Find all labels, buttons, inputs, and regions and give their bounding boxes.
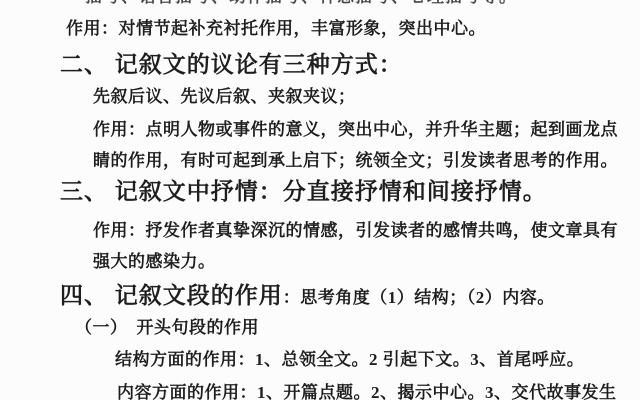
clipped-top-line: 描写、语言描写、动作描写、神态描写、心理描写等。 <box>85 0 505 7</box>
clipped-top-line-text: 描写、语言描写、动作描写、神态描写、心理描写等。 <box>85 0 505 6</box>
section3-heading: 三、 记叙文中抒情：分直接抒情和间接抒情。 <box>60 179 547 205</box>
section2-modes-line: 先叙后议、先议后叙、夹叙夹议； <box>93 87 356 107</box>
section4-sub-heading: （一） 开头句段的作用 <box>75 318 259 338</box>
section2-heading: 二、 记叙文的议论有三种方式： <box>60 52 403 78</box>
section4-heading-large: 四、 记叙文段的作用 <box>60 283 283 308</box>
section2-usage-line-1: 作用：点明人物或事件的意义，突出中心，并升华主题；起到画龙点 <box>93 120 618 140</box>
section4-structure-line: 结构方面的作用：1、总领全文。2 引起下文。3、首尾呼应。 <box>115 350 584 370</box>
section3-usage-line-2: 强大的感染力。 <box>93 252 216 272</box>
section1-usage-line: 作用：对情节起补充衬托作用，丰富形象，突出中心。 <box>66 19 486 39</box>
section2-usage-line-2: 睛的作用，有时可起到承上启下；统领全文；引发读者思考的作用。 <box>93 151 618 171</box>
document-page: 描写、语言描写、动作描写、神态描写、心理描写等。 作用：对情节起补充衬托作用，丰… <box>0 0 640 400</box>
section3-usage-line-1: 作用：抒发作者真挚深沉的情感，引发读者的感情共鸣，使文章具有 <box>93 221 618 241</box>
section4-heading: 四、 记叙文段的作用：思考角度（1）结构；（2）内容。 <box>60 283 555 311</box>
section4-heading-small: ：思考角度（1）结构；（2）内容。 <box>283 288 555 307</box>
section4-content-line: 内容方面的作用：1、开篇点题。2、揭示中心。3、交代故事发生 <box>117 383 617 400</box>
